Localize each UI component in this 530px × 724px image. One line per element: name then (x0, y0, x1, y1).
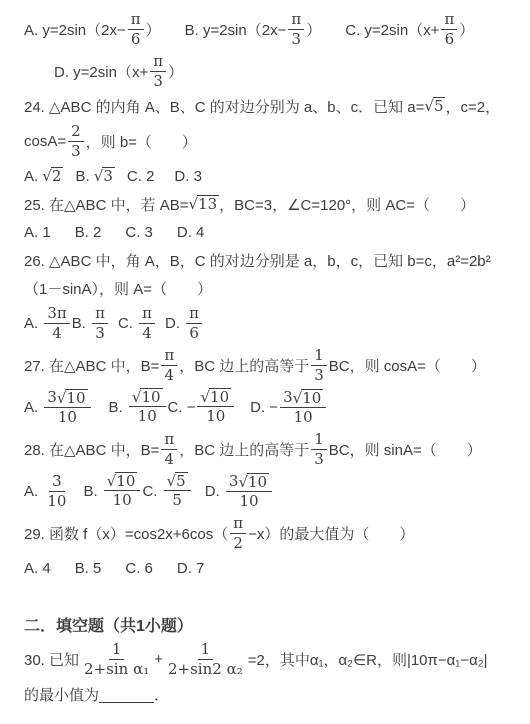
math-fraction: 13 (311, 346, 327, 385)
fraction-numerator: 3 (49, 472, 65, 492)
fraction-numerator: π (161, 430, 177, 450)
fraction-denominator: 6 (186, 324, 202, 343)
text-run: A. (24, 399, 42, 416)
spacer (71, 491, 83, 492)
math-fraction: π3 (288, 10, 304, 49)
math-fraction: π6 (186, 304, 202, 343)
math-fraction: √1010 (104, 472, 141, 510)
radicand: 2 (51, 167, 64, 185)
text-run: ） (459, 19, 474, 40)
q25-options: A. 1B. 2C. 3D. 4 (24, 218, 522, 246)
q23-option-row-2: D. y=2sin（x+π3） (54, 50, 522, 92)
fraction-numerator: 3√10 (44, 388, 90, 408)
text-run: −x）的最大值为（ ） (248, 523, 414, 544)
text-run: 30. 已知 (24, 649, 79, 670)
fraction-denominator: 2+sin α₁ (81, 660, 152, 679)
fraction-numerator: 1 (198, 640, 214, 660)
fraction-denominator: 6 (442, 30, 458, 49)
spacer (153, 568, 177, 569)
radical: √10 (132, 388, 163, 406)
math-fraction: 310 (44, 472, 69, 511)
radicand: 10 (209, 388, 231, 406)
text-run: BC，则 sinA=（ ） (329, 439, 482, 460)
fraction-numerator: π (161, 346, 177, 366)
fraction-denominator: 3 (311, 366, 327, 385)
fraction-numerator: 3√10 (226, 472, 272, 492)
answer-blank (99, 687, 154, 703)
q26-options: A. 3π4B. π3C. π4D. π6 (24, 302, 522, 344)
fraction-denominator: 10 (203, 407, 228, 426)
text-run: 二．填空题（共1小题） (24, 613, 193, 636)
text-run: 26. △ABC 中，角 A，B，C 的对边分别是 a，b，c，已知 b=c，a… (24, 250, 491, 271)
fraction-numerator: π (186, 304, 202, 324)
q26-stem-line-1: 26. △ABC 中，角 A，B，C 的对边分别是 a，b，c，已知 b=c，a… (24, 246, 522, 274)
fraction-numerator: √10 (197, 388, 234, 407)
fraction-numerator: 3π (44, 304, 69, 324)
radical: √13 (189, 195, 220, 213)
fraction-denominator: 3 (311, 450, 327, 469)
fraction-denominator: 10 (236, 492, 261, 511)
text-run: D. y=2sin（x+ (54, 61, 148, 82)
fraction-denominator: 2+sin2 α₂ (165, 660, 246, 679)
text-run: 3 (47, 388, 57, 407)
text-run: C. y=2sin（x+ (345, 19, 439, 40)
q30-stem-line-2: 的最小值为． (24, 680, 522, 708)
text-run: B. (83, 483, 101, 500)
text-run: B. y=2sin（2x− (185, 19, 287, 40)
text-run: B. (109, 399, 127, 416)
text-run: 的最小值为 (24, 684, 99, 705)
math-fraction: 23 (68, 122, 84, 161)
text-run: C. (142, 483, 161, 500)
math-fraction: √1010 (197, 388, 234, 426)
spacer (93, 407, 109, 408)
spacer (110, 323, 118, 324)
fraction-denominator: 3 (289, 30, 305, 49)
text-run: D. − (250, 399, 278, 416)
math-fraction: √55 (164, 472, 191, 510)
q26-stem-line-2: （1－sinA），则 A=（ ） (24, 274, 522, 302)
fraction-numerator: √5 (164, 472, 191, 491)
fraction-denominator: 2 (230, 534, 246, 553)
fraction-numerator: 1 (109, 640, 125, 660)
q27-stem: 27. 在△ABC 中，B=π4，BC 边上的高等于13BC，则 cosA=（ … (24, 344, 522, 386)
spacer (153, 232, 177, 233)
text-run: 27. 在△ABC 中，B= (24, 355, 159, 376)
text-run: 29. 函数 f（x）=cos2x+6cos（ (24, 523, 228, 544)
radicand: 3 (102, 167, 115, 185)
fraction-denominator: 3 (92, 324, 108, 343)
text-run: ，BC 边上的高等于 (179, 355, 309, 376)
text-run: ，c=2， (445, 96, 500, 117)
math-fraction: √1010 (129, 388, 166, 426)
radicand: 10 (301, 389, 323, 407)
text-run: 3 (283, 388, 293, 407)
text-run: C. 6 (125, 560, 153, 577)
math-fraction: 12+sin α₁ (81, 640, 152, 679)
radicand: 5 (433, 97, 446, 115)
text-run: A. 4 (24, 560, 51, 577)
spacer (154, 176, 174, 177)
spacer (51, 232, 75, 233)
text-run: ，BC 边上的高等于 (179, 439, 309, 460)
spacer (236, 407, 250, 408)
fraction-numerator: π (139, 304, 155, 324)
text-run: D. 3 (174, 168, 202, 185)
fraction-denominator: 5 (169, 491, 185, 510)
radicand: 10 (247, 473, 269, 491)
fraction-denominator: 4 (162, 450, 178, 469)
text-run: A. (24, 315, 42, 332)
math-fraction: π3 (150, 52, 166, 91)
radical: √10 (293, 389, 324, 407)
text-run: D. 4 (177, 224, 205, 241)
q27-options: A. 3√1010B. √1010C. −√1010D. −3√1010 (24, 386, 522, 428)
q24-stem-line-2: cosA=23，则 b=（ ） (24, 120, 522, 162)
q24-stem-line-1: 24. △ABC 的内角 A、B、C 的对边分别为 a、b、c．已知 a=√5，… (24, 92, 522, 120)
q29-options: A. 4B. 5C. 6D. 7 (24, 554, 522, 582)
fraction-denominator: 10 (135, 407, 160, 426)
spacer (193, 491, 205, 492)
text-run: B. 5 (75, 560, 102, 577)
section-2-heading: 二．填空题（共1小题） (24, 610, 522, 638)
radical: √10 (238, 473, 269, 491)
text-run: C. (118, 315, 137, 332)
math-fraction: π4 (161, 346, 177, 385)
text-run: D. (165, 315, 184, 332)
radical: √5 (424, 97, 445, 115)
text-run: + (154, 651, 163, 668)
radical: √10 (57, 389, 88, 407)
fraction-numerator: π (128, 10, 144, 30)
math-fraction: π4 (139, 304, 155, 343)
fraction-denominator: 3 (150, 72, 166, 91)
q28-stem: 28. 在△ABC 中，B=π4，BC 边上的高等于13BC，则 sinA=（ … (24, 428, 522, 470)
text-run: B. (72, 315, 90, 332)
text-run: A. (24, 168, 42, 185)
radical: √5 (167, 472, 188, 490)
fraction-numerator: π (288, 10, 304, 30)
math-fraction: π4 (161, 430, 177, 469)
text-run: D. (205, 483, 224, 500)
radicand: 10 (115, 472, 137, 490)
radicand: 10 (140, 388, 162, 406)
fraction-numerator: π (441, 10, 457, 30)
q30-stem-line-1: 30. 已知12+sin α₁+12+sin2 α₂=2，其中α₁，α₂∈R，则… (24, 638, 522, 680)
text-run: 28. 在△ABC 中，B= (24, 439, 159, 460)
math-fraction: 3π4 (44, 304, 69, 343)
spacer (63, 176, 75, 177)
spacer (101, 568, 125, 569)
fraction-numerator: π (92, 304, 108, 324)
text-run: C. − (168, 399, 196, 416)
text-run: A. (24, 483, 42, 500)
fraction-denominator: 10 (110, 491, 135, 510)
text-run: 3 (229, 472, 239, 491)
fraction-denominator: 3 (68, 142, 84, 161)
text-run: D. 7 (177, 560, 205, 577)
text-run: ） (146, 19, 161, 40)
fraction-numerator: √10 (129, 388, 166, 407)
radicand: 10 (65, 389, 87, 407)
fraction-numerator: 3√10 (280, 388, 326, 408)
fraction-numerator: √10 (104, 472, 141, 491)
math-fraction: π3 (92, 304, 108, 343)
text-run: =2，其中α₁，α₂∈R，则|10π−α₁−α₂| (248, 649, 488, 670)
math-fraction: 12+sin2 α₂ (165, 640, 246, 679)
radical: √10 (107, 472, 138, 490)
radicand: 13 (197, 195, 219, 213)
text-run: ） (168, 61, 183, 82)
text-run: A. 1 (24, 224, 51, 241)
text-run: C. 3 (125, 224, 153, 241)
text-run: BC，则 cosA=（ ） (329, 355, 486, 376)
radical: √10 (200, 388, 231, 406)
math-fraction: π6 (128, 10, 144, 49)
math-fraction: π6 (441, 10, 457, 49)
text-run: ） (306, 19, 321, 40)
fraction-denominator: 4 (139, 324, 155, 343)
text-run: B. 2 (75, 224, 102, 241)
text-run: ． (154, 684, 169, 705)
spacer (157, 323, 165, 324)
spacer (321, 29, 345, 30)
fraction-numerator: π (230, 514, 246, 534)
text-run: cosA= (24, 133, 66, 150)
fraction-numerator: 2 (68, 122, 84, 142)
fraction-denominator: 4 (162, 366, 178, 385)
math-fraction: 3√1010 (280, 388, 326, 427)
text-run: （1－sinA），则 A=（ ） (24, 278, 212, 299)
fraction-denominator: 10 (55, 408, 80, 427)
q24-options: A. √2B. √3C. 2D. 3 (24, 162, 522, 190)
fraction-denominator: 6 (128, 30, 144, 49)
text-run: ，BC=3，∠C=120°，则 AC=（ ） (219, 194, 475, 215)
document-page: A. y=2sin（2x−π6）B. y=2sin（2x−π3）C. y=2si… (0, 0, 530, 724)
radical: √3 (94, 167, 115, 185)
q23-option-row-1: A. y=2sin（2x−π6）B. y=2sin（2x−π3）C. y=2si… (24, 8, 522, 50)
math-fraction: 3√1010 (44, 388, 90, 427)
fraction-denominator: 10 (44, 492, 69, 511)
text-run: A. y=2sin（2x− (24, 19, 126, 40)
text-run: 25. 在△ABC 中，若 AB= (24, 194, 189, 215)
fraction-denominator: 4 (49, 324, 65, 343)
math-fraction: 3√1010 (226, 472, 272, 511)
q28-options: A. 310B. √1010C. √55D. 3√1010 (24, 470, 522, 512)
q25-stem: 25. 在△ABC 中，若 AB=√13，BC=3，∠C=120°，则 AC=（… (24, 190, 522, 218)
math-fraction: 13 (311, 430, 327, 469)
radicand: 5 (175, 472, 188, 490)
text-run: ，则 b=（ ） (86, 131, 197, 152)
fraction-numerator: π (150, 52, 166, 72)
text-run: B. (75, 168, 93, 185)
q29-stem: 29. 函数 f（x）=cos2x+6cos（π2−x）的最大值为（ ） (24, 512, 522, 554)
math-fraction: π2 (230, 514, 246, 553)
fraction-denominator: 10 (291, 408, 316, 427)
document-content: A. y=2sin（2x−π6）B. y=2sin（2x−π3）C. y=2si… (24, 8, 522, 708)
spacer (51, 568, 75, 569)
text-run: 24. △ABC 的内角 A、B、C 的对边分别为 a、b、c．已知 a= (24, 96, 424, 117)
fraction-numerator: 1 (311, 346, 327, 366)
spacer (161, 29, 185, 30)
spacer (115, 176, 127, 177)
spacer (101, 232, 125, 233)
text-run: C. 2 (127, 168, 155, 185)
fraction-numerator: 1 (311, 430, 327, 450)
radical: √2 (42, 167, 63, 185)
